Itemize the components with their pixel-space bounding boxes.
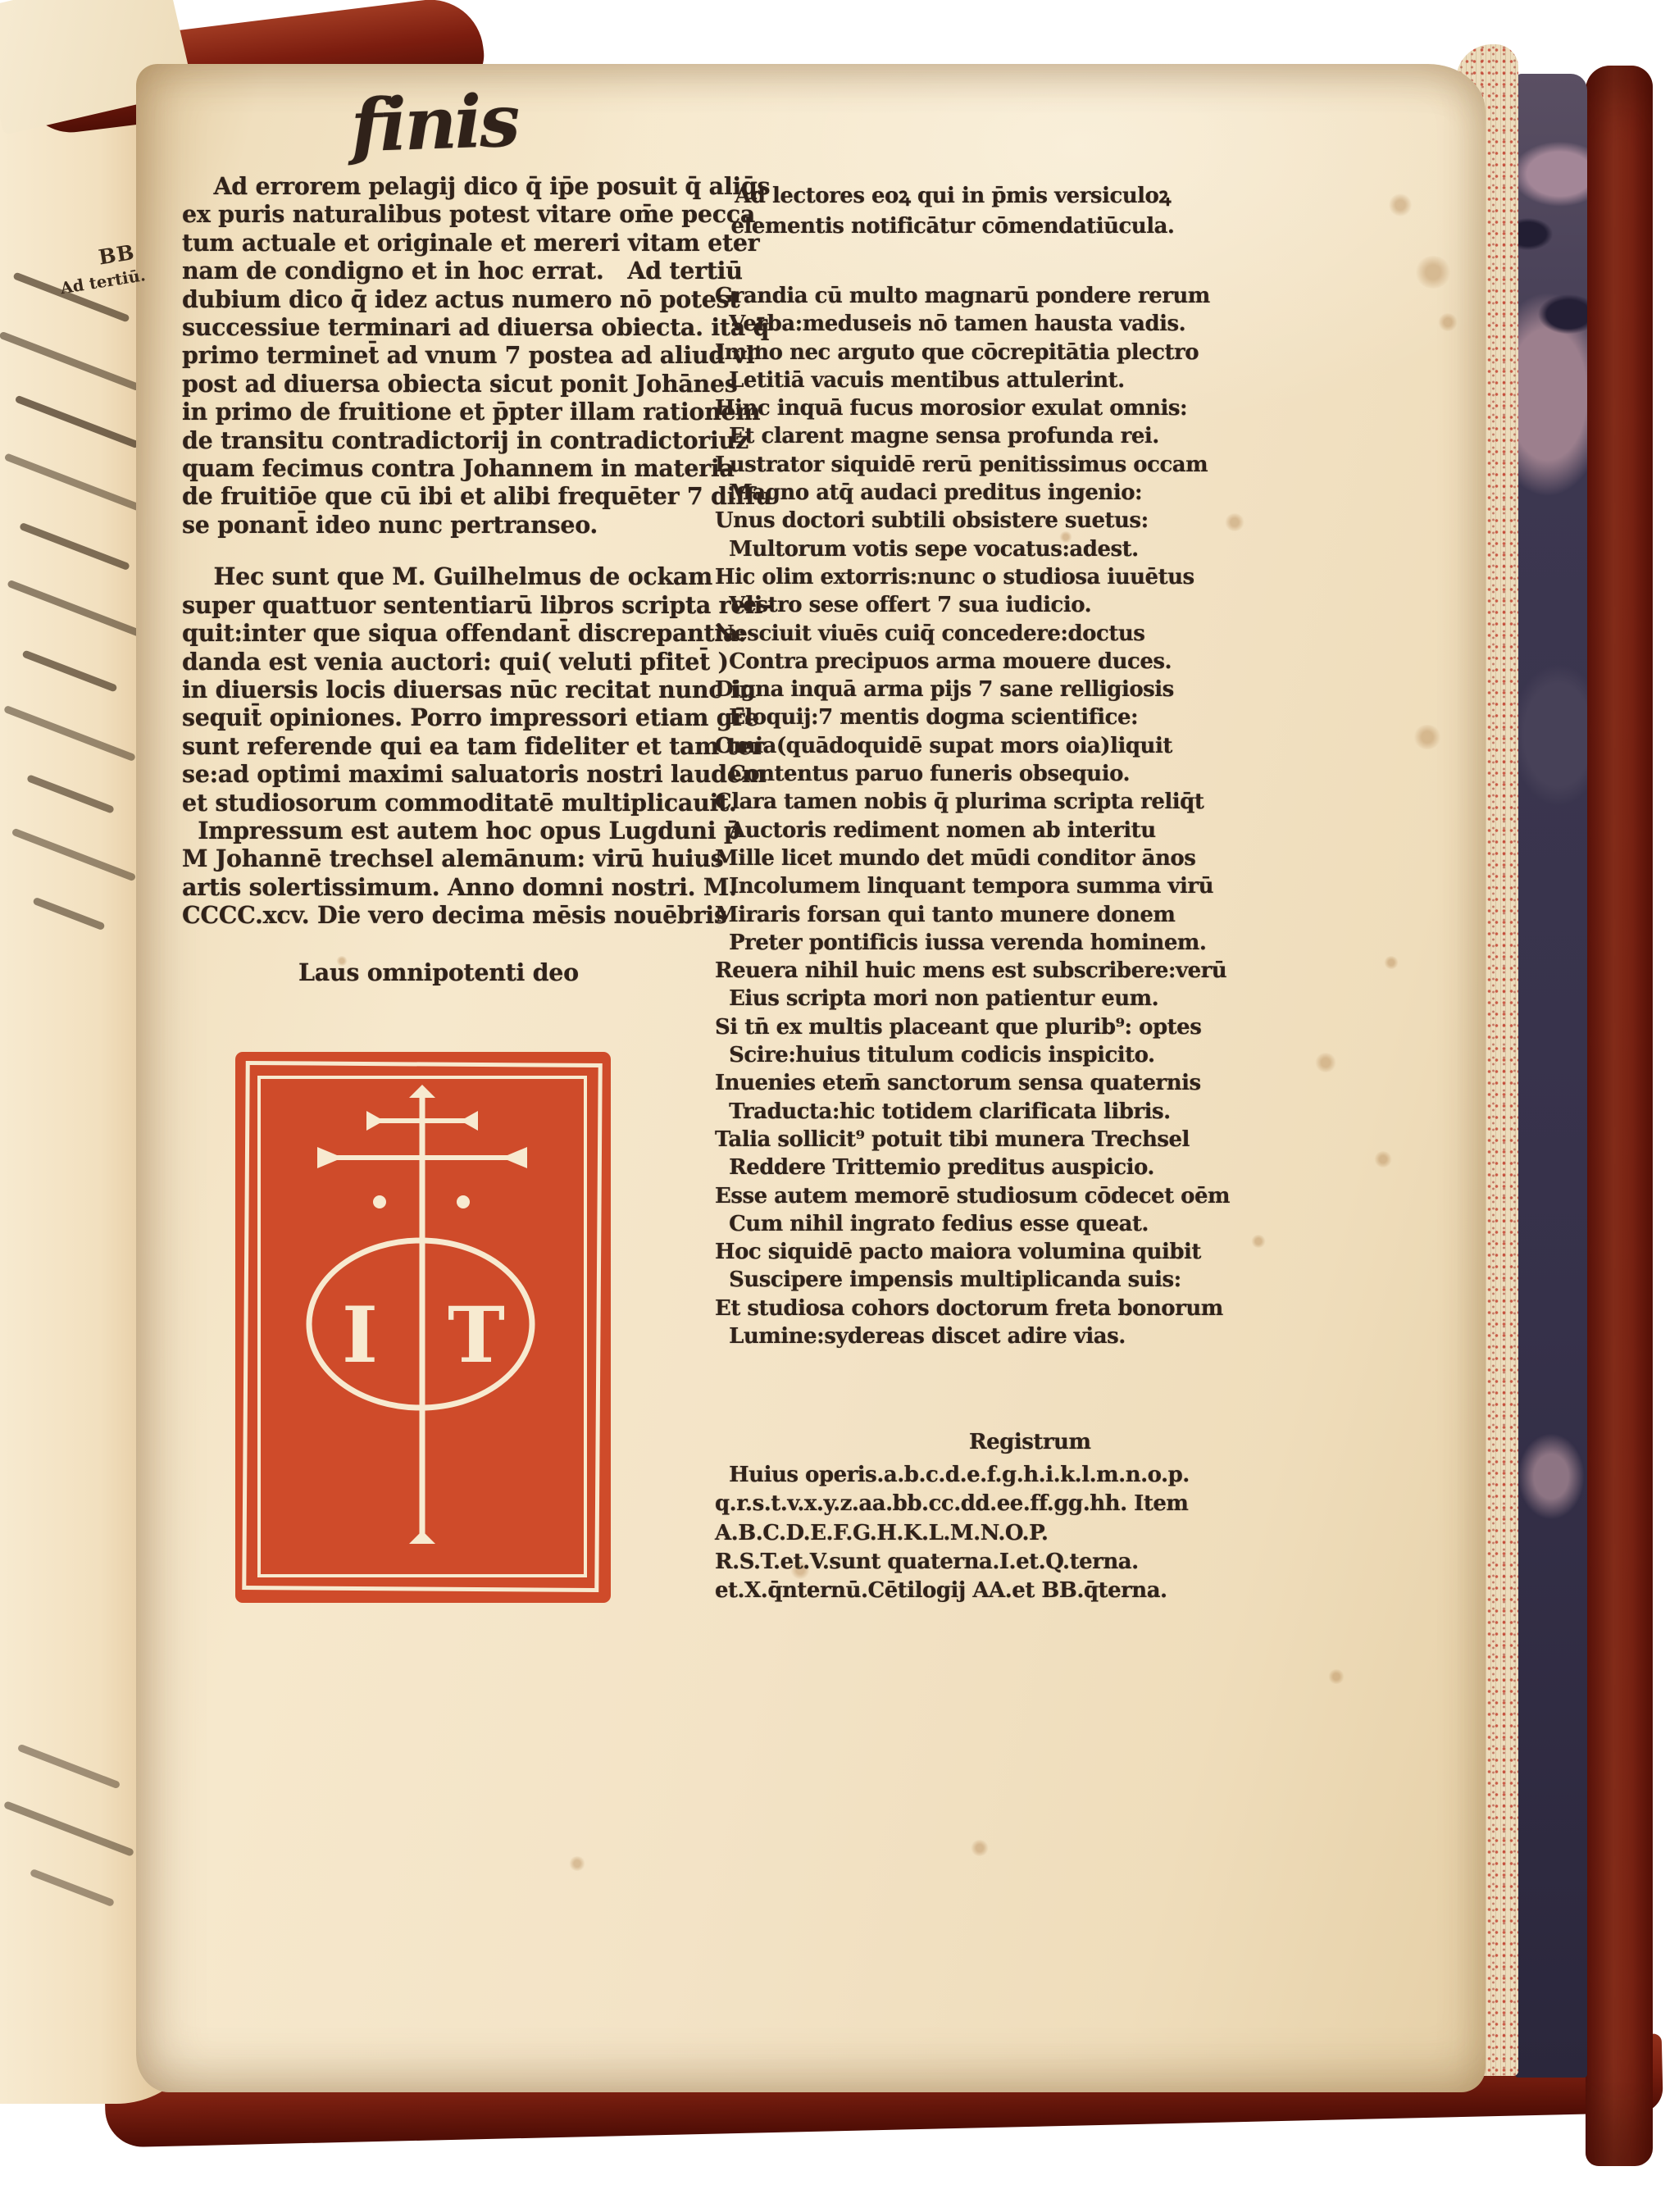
verse-line: Letitiā vacuis mentibus attulerint. [715, 366, 1190, 394]
verse-line: Scire:huius titulum codicis inspicito. [715, 1041, 1190, 1069]
showthrough-text-mark [30, 1868, 115, 1907]
verse-line: Multorum votis sepe vocatus:adest. [715, 535, 1190, 563]
right-column: Ad lectores eoꝝ qui in p̄mis versiculoꝝe… [715, 181, 1190, 1605]
showthrough-text-mark [11, 828, 137, 882]
verse-line: Auctoris rediment nomen ab interitu [715, 817, 1190, 844]
text-line: nam de condigno et in hoc errat. Ad tert… [182, 257, 795, 284]
text-line: Impressum est autem hoc opus Lugduni p̄ [182, 817, 795, 844]
text-line: Huius operis.a.b.c.d.e.f.g.h.i.k.l.m.n.o… [715, 1461, 1190, 1490]
showthrough-text-mark [3, 1800, 134, 1857]
text-line: in diuersis locis diuersas nūc recitat n… [182, 676, 795, 703]
text-line: danda est venia auctori: qui( veluti pfi… [182, 648, 795, 676]
page-heading: finis [350, 81, 566, 162]
text-line: et studiosorum commoditatē multiplicauit… [182, 789, 795, 817]
registrum-lines: Huius operis.a.b.c.d.e.f.g.h.i.k.l.m.n.o… [715, 1461, 1190, 1605]
commendatory-verses: Grandia cū multo magnarū pondere rerum V… [715, 282, 1190, 1350]
text-line: CCCC.xcv. Die vero decima mēsis nouēbris [182, 901, 795, 929]
device-initial-I: I [342, 1290, 378, 1381]
verse-line: Unus doctori subtili obsistere suetus: [715, 507, 1190, 535]
verse-line: Digna inquā arma pijs 7 sane relligiosis [715, 676, 1190, 703]
foxing-spot [1389, 193, 1412, 216]
text-line: Hec sunt que M. Guilhelmus de ockam [182, 562, 795, 590]
verse-line: Traducta:hic totidem clarificata libris. [715, 1098, 1190, 1126]
text-line: primo terminet̄ ad vnum 7 postea ad aliu… [182, 341, 795, 369]
verse-header: Ad lectores eoꝝ qui in p̄mis versiculoꝝe… [715, 181, 1190, 242]
text-line: q.r.s.t.v.x.y.z.aa.bb.cc.dd.ee.ff.gg.hh.… [715, 1490, 1190, 1518]
verse-line: Eius scripta mori non patientur eum. [715, 985, 1190, 1013]
verse-line: Hic olim extorris:nunc o studiosa iuuētu… [715, 563, 1190, 591]
text-line: R.S.T.et.V.sunt quaterna.I.et.Q.terna. [715, 1548, 1190, 1577]
showthrough-text-mark [7, 580, 144, 638]
verse-line: Suscipere impensis multiplicanda suis: [715, 1266, 1190, 1294]
verse-line: Verba:meduseis nō tamen hausta vadis. [715, 310, 1190, 338]
verse-line: Preter pontificis iussa verenda hominem. [715, 929, 1190, 957]
text-line: dubium dico q̄ idez actus numero nō pote… [182, 285, 795, 313]
text-line: in primo de fruitione et p̄pter illam ra… [182, 398, 795, 426]
verse-line: Reddere Trittemio preditus auspicio. [715, 1154, 1190, 1181]
verse-line: Magno atq̄ audaci preditus ingenio: [715, 479, 1190, 507]
verse-line: Miraris forsan qui tanto munere donem [715, 901, 1190, 929]
text-line: se:ad optimi maximi saluatoris nostri la… [182, 760, 795, 788]
text-line: artis solertissimum. Anno domni nostri. … [182, 873, 795, 901]
text-line: M Johannē trechsel alemānum: virū huius [182, 844, 795, 872]
verse-line: Esse autem memorē studiosum cōdecet oēm [715, 1182, 1190, 1210]
text-line: elementis notificātur cōmendatiūcula. [715, 212, 1190, 242]
text-line: quam fecimus contra Johannem in materia [182, 454, 795, 482]
foxing-spot [1415, 256, 1451, 289]
text-line: sunt referende qui ea tam fideliter et t… [182, 732, 795, 760]
left-column: Ad errorem pelagij dico q̄ ip̄e posuit q… [182, 172, 795, 986]
registrum-section: Registrum Huius operis.a.b.c.d.e.f.g.h.i… [715, 1428, 1190, 1605]
text-line: et.X.q̄nternū.Cētilogij AA.et BB.q̄terna… [715, 1577, 1190, 1605]
device-dot-left [373, 1195, 386, 1208]
foxing-spot [1413, 725, 1441, 749]
foxing-spot [1438, 313, 1458, 331]
foxing-spot [1251, 1235, 1266, 1248]
showthrough-text-mark [21, 649, 117, 692]
text-line: Ad lectores eoꝝ qui in p̄mis versiculoꝝ [715, 181, 1190, 212]
verse-line: Contentus paruo funeris obsequio. [715, 760, 1190, 788]
colophon-paragraph-2: Hec sunt que M. Guilhelmus de ockamsuper… [182, 562, 795, 929]
showthrough-text-mark [4, 453, 152, 515]
verse-line: Eloquij:7 mentis dogma scientifice: [715, 703, 1190, 731]
verse-line: Hoc siquidē pacto maiora volumina quibit [715, 1238, 1190, 1266]
leather-binding-right [1586, 66, 1653, 2166]
verse-line: Si tn̄ ex multis placeant que plurib⁹: o… [715, 1013, 1190, 1041]
verse-line: Lustrator siquidē rerū penitissimus occa… [715, 451, 1190, 479]
text-line: super quattuor sententiarū libros script… [182, 591, 795, 619]
verse-line: Clara tamen nobis q̄ plurima scripta rel… [715, 788, 1190, 816]
verse-line: Grandia cū multo magnarū pondere rerum [715, 282, 1190, 310]
marbled-endpaper [1515, 74, 1587, 2078]
registrum-heading: Registrum [969, 1428, 1190, 1456]
verse-line: Contra precipuos arma mouere duces. [715, 648, 1190, 676]
showthrough-text-mark [32, 897, 105, 931]
verse-line: Inuenies etem̄ sanctorum sensa quaternis [715, 1069, 1190, 1097]
foxing-spot [1328, 1669, 1345, 1684]
device-dot-right [457, 1195, 470, 1208]
verse-line: Lumine:sydereas discet adire vias. [715, 1322, 1190, 1350]
text-line: se ponant̄ ideo nunc pertranseo. [182, 511, 795, 539]
printer-device: I T [235, 1052, 611, 1603]
verse-line: Cum nihil ingrato fedius esse queat. [715, 1210, 1190, 1238]
foxing-spot [1315, 1053, 1336, 1072]
showthrough-text-mark [17, 1744, 121, 1790]
text-line: successiue terminari ad diuersa obiecta.… [182, 313, 795, 341]
text-line: A.B.C.D.E.F.G.H.K.L.M.N.O.P. [715, 1519, 1190, 1548]
verse-line: Et studiosa cohors doctorum freta bonoru… [715, 1295, 1190, 1322]
verse-line: Talia sollicit⁹ potuit tibi munera Trech… [715, 1126, 1190, 1154]
verse-line: Et clarent magne sensa profunda rei. [715, 422, 1190, 450]
showthrough-text-mark [0, 331, 141, 392]
showthrough-text-mark [26, 774, 115, 814]
verse-line: Mille licet mundo det mūdi conditor ānos [715, 844, 1190, 872]
verse-line: Omia(quādoquidē supat mors oia)liquit [715, 732, 1190, 760]
showthrough-text-mark [3, 705, 136, 762]
text-line: tum actuale et originale et mereri vitam… [182, 229, 795, 257]
text-line: post ad diuersa obiecta sicut ponit Johā… [182, 370, 795, 398]
text-line: quit:inter que siqua offendant̄ discrepa… [182, 619, 795, 647]
device-initial-T: T [448, 1290, 505, 1381]
showthrough-text-mark [15, 395, 140, 449]
text-line: sequit̄ opiniones. Porro impressori etia… [182, 703, 795, 731]
text-line: ex puris naturalibus potest vitare om̄e … [182, 200, 795, 228]
foxing-spot [1225, 513, 1244, 531]
foxing-spot [1374, 1151, 1392, 1167]
verse-line: Reuera nihil huic mens est subscribere:v… [715, 957, 1190, 985]
foxing-spot [971, 1840, 989, 1856]
foxing-spot [569, 1856, 585, 1871]
colophon-paragraph-1: Ad errorem pelagij dico q̄ ip̄e posuit q… [182, 172, 795, 539]
verse-line: Incolumem linquant tempora summa virū [715, 872, 1190, 900]
text-line: de fruitiōe que cū ibi et alibi frequēte… [182, 482, 795, 510]
showthrough-text-mark [19, 522, 130, 571]
verse-line: Immo nec arguto que cōcrepitātia plectro [715, 339, 1190, 366]
text-line: Ad errorem pelagij dico q̄ ip̄e posuit q… [182, 172, 795, 200]
foxing-spot [1384, 956, 1399, 969]
verse-line: Nesciuit viuēs cuiq̄ concedere:doctus [715, 620, 1190, 648]
text-line: de transitu contradictorij in contradict… [182, 426, 795, 454]
verse-line: Hinc inquā fucus morosior exulat omnis: [715, 394, 1190, 422]
verse-line: Vestro sese offert 7 sua iudicio. [715, 591, 1190, 619]
